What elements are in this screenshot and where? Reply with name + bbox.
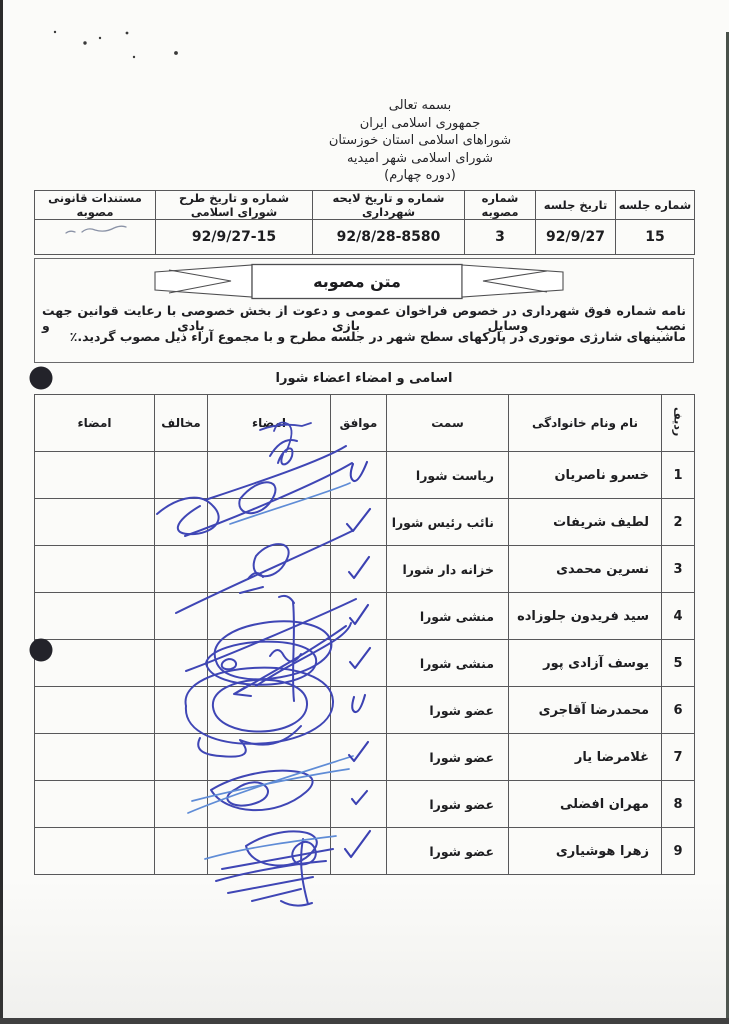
member-role: ریاست شورا bbox=[387, 452, 509, 499]
value-session-no: 15 bbox=[616, 220, 695, 255]
value-resolution-no: 3 bbox=[465, 220, 536, 255]
member-oppose-cell bbox=[155, 546, 208, 593]
member-name: لطیف شریفات bbox=[509, 499, 662, 546]
value-bill-no-date: 92/8/28-8580 bbox=[313, 220, 465, 255]
member-agree-cell bbox=[331, 828, 387, 875]
member-role: عضو شورا bbox=[387, 734, 509, 781]
member-agree-cell bbox=[331, 452, 387, 499]
member-row-no: 2 bbox=[662, 499, 695, 546]
member-oppose-cell bbox=[155, 781, 208, 828]
value-plan-no-date: 92/9/27-15 bbox=[156, 220, 313, 255]
member-role: منشی شورا bbox=[387, 640, 509, 687]
members-signature-table: ردیف نام ونام خانوادگی سمت موافق امضاء م… bbox=[34, 394, 695, 875]
member-row: 2 لطیف شریفات نائب رئیس شورا bbox=[35, 499, 695, 546]
session-date-value: 92/9/27 bbox=[546, 229, 605, 245]
member-row: 5 یوسف آزادی پور منشی شورا bbox=[35, 640, 695, 687]
scan-shading bbox=[0, 880, 729, 1024]
member-signature-cell bbox=[208, 781, 331, 828]
member-oppose-cell bbox=[155, 734, 208, 781]
member-signature2-cell bbox=[35, 546, 155, 593]
member-agree-cell bbox=[331, 640, 387, 687]
header-session-no: شماره جلسه bbox=[616, 191, 695, 220]
member-role: عضو شورا bbox=[387, 781, 509, 828]
member-signature2-cell bbox=[35, 734, 155, 781]
member-row-no: 4 bbox=[662, 593, 695, 640]
scan-edge-left bbox=[0, 0, 3, 1024]
member-role: عضو شورا bbox=[387, 828, 509, 875]
header-resolution-no: شماره مصوبه bbox=[465, 191, 536, 220]
header-role: سمت bbox=[387, 395, 509, 452]
member-signature-cell bbox=[208, 499, 331, 546]
member-signature-cell bbox=[208, 546, 331, 593]
letterhead-line-city: شورای اسلامی شهر امیدیه bbox=[120, 150, 720, 168]
member-role: خزانه دار شورا bbox=[387, 546, 509, 593]
member-signature2-cell bbox=[35, 499, 155, 546]
member-signature-cell bbox=[208, 828, 331, 875]
member-oppose-cell bbox=[155, 687, 208, 734]
scanned-council-resolution-page: { "colors": { "signature_ink": "#3f46b5"… bbox=[0, 0, 729, 1024]
member-row: 6 محمدرضا آقاجری عضو شورا bbox=[35, 687, 695, 734]
member-row: 4 سید فریدون جلوزاده منشی شورا bbox=[35, 593, 695, 640]
member-signature-cell bbox=[208, 734, 331, 781]
letterhead-line-province: شوراهای اسلامی استان خوزستان bbox=[120, 132, 720, 150]
value-legal-docs bbox=[35, 220, 156, 255]
member-signature-cell bbox=[208, 593, 331, 640]
member-name: نسرین محمدی bbox=[509, 546, 662, 593]
bill-no-date-value: 92/8/28-8580 bbox=[337, 229, 441, 245]
member-row: 7 غلامرضا یار عضو شورا bbox=[35, 734, 695, 781]
member-name: یوسف آزادی پور bbox=[509, 640, 662, 687]
member-agree-cell bbox=[331, 546, 387, 593]
scan-specks bbox=[54, 31, 178, 58]
member-agree-cell bbox=[331, 499, 387, 546]
member-role: عضو شورا bbox=[387, 687, 509, 734]
header-session-date: تاریخ جلسه bbox=[536, 191, 616, 220]
info-header-row: شماره جلسه تاریخ جلسه شماره مصوبه شماره … bbox=[35, 191, 695, 220]
member-row-no: 8 bbox=[662, 781, 695, 828]
member-name: خسرو ناصریان bbox=[509, 452, 662, 499]
member-oppose-cell bbox=[155, 593, 208, 640]
member-oppose-cell bbox=[155, 640, 208, 687]
letterhead-line-republic: جمهوری اسلامی ایران bbox=[120, 115, 720, 133]
letterhead-line-bismillah: بسمه تعالی bbox=[120, 97, 720, 115]
member-role: نائب رئیس شورا bbox=[387, 499, 509, 546]
header-signature-2: امضاء bbox=[35, 395, 155, 452]
row-no-label: ردیف bbox=[673, 407, 684, 436]
header-signature: امضاء bbox=[208, 395, 331, 452]
member-name: زهرا هوشیاری bbox=[509, 828, 662, 875]
resolution-no-value: 3 bbox=[495, 229, 505, 245]
header-bill-no-date: شماره و تاریخ لایحه شهرداری bbox=[313, 191, 465, 220]
member-signature2-cell bbox=[35, 828, 155, 875]
member-signature2-cell bbox=[35, 781, 155, 828]
header-agree: موافق bbox=[331, 395, 387, 452]
member-row: 3 نسرین محمدی خزانه دار شورا bbox=[35, 546, 695, 593]
member-row: 9 زهرا هوشیاری عضو شورا bbox=[35, 828, 695, 875]
member-oppose-cell bbox=[155, 499, 208, 546]
members-header-row: ردیف نام ونام خانوادگی سمت موافق امضاء م… bbox=[35, 395, 695, 452]
member-agree-cell bbox=[331, 593, 387, 640]
member-signature2-cell bbox=[35, 452, 155, 499]
member-row: 1 خسرو ناصریان ریاست شورا bbox=[35, 452, 695, 499]
session-no-value: 15 bbox=[645, 229, 664, 245]
header-legal-docs: مستندات قانونی مصوبه bbox=[35, 191, 156, 220]
resolution-text-line2: ماشینهای شارژی موتوری در پارکهای سطح شهر… bbox=[42, 329, 686, 344]
member-agree-cell bbox=[331, 781, 387, 828]
member-name: مهران افضلی bbox=[509, 781, 662, 828]
member-signature2-cell bbox=[35, 640, 155, 687]
header-full-name: نام ونام خانوادگی bbox=[509, 395, 662, 452]
members-section-title: اسامی و امضاء اعضاء شورا bbox=[34, 371, 694, 386]
session-info-table: شماره جلسه تاریخ جلسه شماره مصوبه شماره … bbox=[34, 190, 695, 255]
plan-no-date-value: 92/9/27-15 bbox=[192, 229, 276, 245]
member-row-no: 6 bbox=[662, 687, 695, 734]
header-oppose: مخالف bbox=[155, 395, 208, 452]
member-oppose-cell bbox=[155, 452, 208, 499]
member-row-no: 3 bbox=[662, 546, 695, 593]
value-session-date: 92/9/27 bbox=[536, 220, 616, 255]
member-role: منشی شورا bbox=[387, 593, 509, 640]
member-signature-cell bbox=[208, 687, 331, 734]
member-name: سید فریدون جلوزاده bbox=[509, 593, 662, 640]
resolution-banner-ribbon: متن مصوبه bbox=[153, 263, 565, 301]
ribbon-right-tail bbox=[462, 265, 563, 297]
member-agree-cell bbox=[331, 687, 387, 734]
member-row-no: 1 bbox=[662, 452, 695, 499]
info-value-row: 15 92/9/27 3 92/8/28-8580 92/9/27-15 bbox=[35, 220, 695, 255]
member-signature-cell bbox=[208, 452, 331, 499]
member-oppose-cell bbox=[155, 828, 208, 875]
member-row-no: 9 bbox=[662, 828, 695, 875]
member-row-no: 5 bbox=[662, 640, 695, 687]
header-row-no: ردیف bbox=[662, 395, 695, 452]
member-row: 8 مهران افضلی عضو شورا bbox=[35, 781, 695, 828]
member-signature2-cell bbox=[35, 593, 155, 640]
member-row-no: 7 bbox=[662, 734, 695, 781]
header-plan-no-date: شماره و تاریخ طرح شورای اسلامی bbox=[156, 191, 313, 220]
member-signature2-cell bbox=[35, 687, 155, 734]
resolution-box: متن مصوبه نامه شماره فوق شهرداری در خصوص… bbox=[34, 258, 694, 363]
letterhead-line-term: (دوره چهارم) bbox=[120, 167, 720, 185]
banner-title: متن مصوبه bbox=[313, 272, 401, 291]
member-signature-cell bbox=[208, 640, 331, 687]
member-name: محمدرضا آقاجری bbox=[509, 687, 662, 734]
letterhead: بسمه تعالی جمهوری اسلامی ایران شوراهای ا… bbox=[120, 97, 720, 185]
member-name: غلامرضا یار bbox=[509, 734, 662, 781]
member-agree-cell bbox=[331, 734, 387, 781]
